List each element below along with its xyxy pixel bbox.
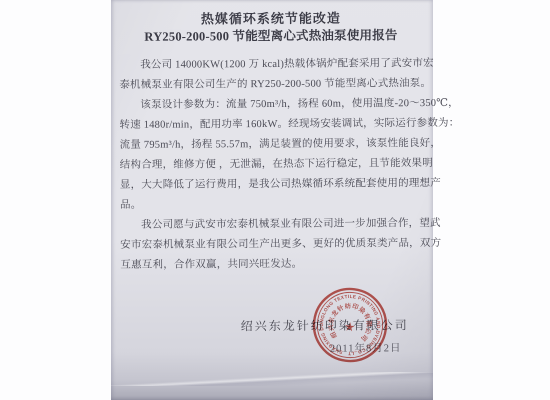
body-line: 我公司 14000KW(1200 万 kcal)热载体锅炉配套采用了武安市宏 [119,54,419,76]
body-line: 泰机械泵业有限公司生产的 RY250-200-500 节能型离心式热油泵。 [119,74,419,96]
seal-ring-text-en: SHAOXING DONGLONG TEXTILE PRINTING AND D… [295,269,388,359]
body-line: 互惠互利，合作双赢，共同兴旺发达。 [120,254,420,276]
company-seal-stamp: SHAOXING DONGLONG TEXTILE PRINTING AND D… [294,269,405,380]
body-line: 流量 795m³/h，扬程 55.57m，满足装置的使用要求，该泵性能良好， [120,134,420,156]
paper-photo: 热媒循环系统节能改造 RY250-200-500 节能型离心式热油泵使用报告 我… [111,0,433,400]
body-line: 安市宏泰机械泵业有限公司生产出更多、更好的优质泵类产品，双方 [120,234,420,256]
body-line: 转速 1480r/min，配用功率 160kW。经现场安装调试，实际运行参数为： [119,114,419,136]
body-line: 该泵设计参数为：流量 750m³/h，扬程 60m，使用温度-20～350℃， [119,94,419,116]
letter-title-line2: RY250-200-500 节能型离心式热油泵使用报告 [110,25,432,45]
body-line: 结构合理，维修方便 ，无泄漏，在热态下运行稳定，且节能效果明 [120,154,420,176]
scanned-letter-page: 热媒循环系统节能改造 RY250-200-500 节能型离心式热油泵使用报告 我… [0,0,550,400]
seal-center-star-icon: ★ [344,319,356,334]
letter-body: 我公司 14000KW(1200 万 kcal)热载体锅炉配套采用了武安市宏 泰… [119,54,420,276]
body-line: 品。 [120,194,420,216]
body-line: 我公司愿与武安市宏泰机械泵业有限公司进一步加强合作，望武 [120,214,420,236]
body-line: 显，大大降低了运行费用，是我公司热媒循环系统配套使用的理想产 [120,174,420,196]
